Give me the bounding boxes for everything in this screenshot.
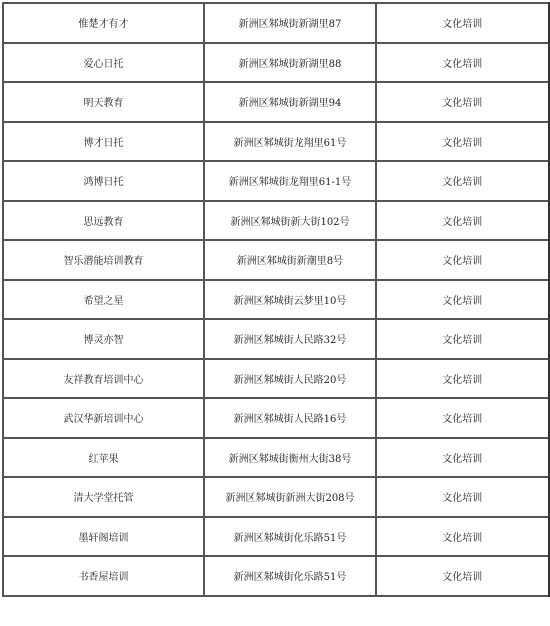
table-row: 博灵亦智 新洲区邾城街人民路32号 文化培训	[3, 319, 549, 359]
institution-name-cell: 红苹果	[3, 438, 204, 478]
institution-name-cell: 智乐潜能培训教育	[3, 240, 204, 280]
institution-name-cell: 友祥教育培训中心	[3, 359, 204, 399]
institution-name-cell: 墨轩阁培训	[3, 517, 204, 557]
category-cell: 文化培训	[376, 43, 549, 83]
address-cell: 新洲区邾城街人民路32号	[204, 319, 376, 359]
category-cell: 文化培训	[376, 161, 549, 201]
institution-name-cell: 爱心日托	[3, 43, 204, 83]
address-cell: 新洲区邾城街衡州大街38号	[204, 438, 376, 478]
category-cell: 文化培训	[376, 201, 549, 241]
address-cell: 新洲区邾城街人民路16号	[204, 398, 376, 438]
table-row: 博才日托 新洲区邾城街龙翔里61号 文化培训	[3, 122, 549, 162]
category-cell: 文化培训	[376, 398, 549, 438]
category-cell: 文化培训	[376, 359, 549, 399]
table-row: 鸿博日托 新洲区邾城街龙翔里61-1号 文化培训	[3, 161, 549, 201]
institution-name-cell: 武汉华新培训中心	[3, 398, 204, 438]
table-row: 明天教育 新洲区邾城街新湖里94 文化培训	[3, 82, 549, 122]
category-cell: 文化培训	[376, 240, 549, 280]
category-cell: 文化培训	[376, 477, 549, 517]
table-row: 智乐潜能培训教育 新洲区邾城街新潮里8号 文化培训	[3, 240, 549, 280]
category-cell: 文化培训	[376, 319, 549, 359]
address-cell: 新洲区邾城街化乐路51号	[204, 556, 376, 596]
institution-name-cell: 思远教育	[3, 201, 204, 241]
institution-name-cell: 惟楚才有才	[3, 3, 204, 43]
address-cell: 新洲区邾城街新洲大街208号	[204, 477, 376, 517]
training-institutions-table: 惟楚才有才 新洲区邾城街新湖里87 文化培训 爱心日托 新洲区邾城街新湖里88 …	[2, 2, 550, 597]
category-cell: 文化培训	[376, 556, 549, 596]
institution-name-cell: 博灵亦智	[3, 319, 204, 359]
category-cell: 文化培训	[376, 82, 549, 122]
table-row: 墨轩阁培训 新洲区邾城街化乐路51号 文化培训	[3, 517, 549, 557]
institution-name-cell: 鸿博日托	[3, 161, 204, 201]
category-cell: 文化培训	[376, 280, 549, 320]
address-cell: 新洲区邾城街新湖里94	[204, 82, 376, 122]
institution-name-cell: 清大学堂托管	[3, 477, 204, 517]
category-cell: 文化培训	[376, 3, 549, 43]
address-cell: 新洲区邾城街新大街102号	[204, 201, 376, 241]
address-cell: 新洲区邾城街新潮里8号	[204, 240, 376, 280]
table-row: 思远教育 新洲区邾城街新大街102号 文化培训	[3, 201, 549, 241]
address-cell: 新洲区邾城街新湖里88	[204, 43, 376, 83]
table-row: 惟楚才有才 新洲区邾城街新湖里87 文化培训	[3, 3, 549, 43]
address-cell: 新洲区邾城街龙翔里61号	[204, 122, 376, 162]
institution-name-cell: 书香屋培训	[3, 556, 204, 596]
address-cell: 新洲区邾城街新湖里87	[204, 3, 376, 43]
table-row: 书香屋培训 新洲区邾城街化乐路51号 文化培训	[3, 556, 549, 596]
institution-name-cell: 博才日托	[3, 122, 204, 162]
table-row: 爱心日托 新洲区邾城街新湖里88 文化培训	[3, 43, 549, 83]
category-cell: 文化培训	[376, 438, 549, 478]
table-row: 友祥教育培训中心 新洲区邾城街人民路20号 文化培训	[3, 359, 549, 399]
training-institutions-table-container: 惟楚才有才 新洲区邾城街新湖里87 文化培训 爱心日托 新洲区邾城街新湖里88 …	[2, 2, 547, 597]
address-cell: 新洲区邾城街人民路20号	[204, 359, 376, 399]
category-cell: 文化培训	[376, 122, 549, 162]
address-cell: 新洲区邾城街化乐路51号	[204, 517, 376, 557]
address-cell: 新洲区邾城街龙翔里61-1号	[204, 161, 376, 201]
address-cell: 新洲区邾城街云梦里10号	[204, 280, 376, 320]
table-row: 武汉华新培训中心 新洲区邾城街人民路16号 文化培训	[3, 398, 549, 438]
table-row: 红苹果 新洲区邾城街衡州大街38号 文化培训	[3, 438, 549, 478]
institution-name-cell: 明天教育	[3, 82, 204, 122]
category-cell: 文化培训	[376, 517, 549, 557]
table-row: 希望之星 新洲区邾城街云梦里10号 文化培训	[3, 280, 549, 320]
table-row: 清大学堂托管 新洲区邾城街新洲大街208号 文化培训	[3, 477, 549, 517]
institution-name-cell: 希望之星	[3, 280, 204, 320]
